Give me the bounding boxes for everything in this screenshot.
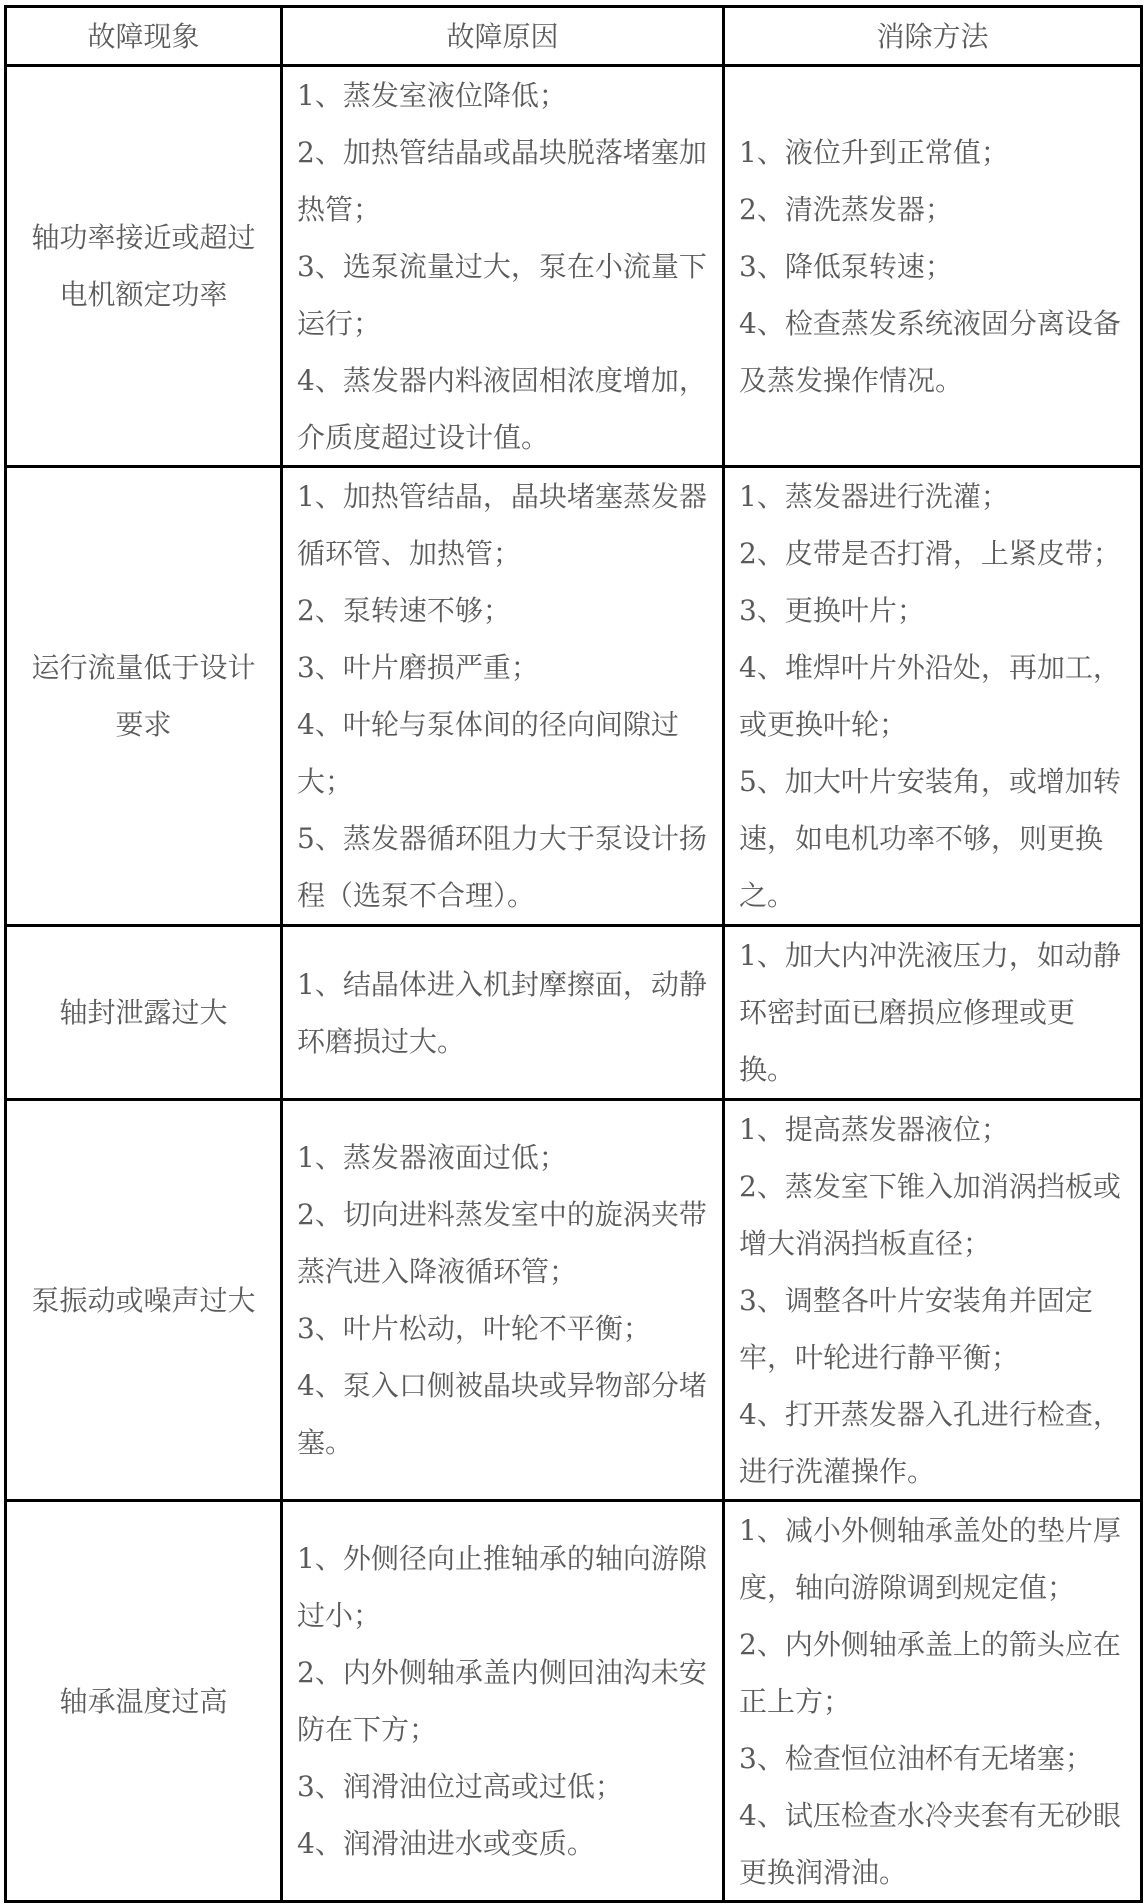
text-line: 3、选泵流量过大，泵在小流量下 [297,238,707,295]
text-line: 3、更换叶片； [739,582,925,639]
header-label: 故障原因 [446,8,558,65]
text-line: 或更换叶轮； [739,696,907,753]
header-cell-symptom: 故障现象 [7,8,280,64]
text-line: 1、液位升到正常值； [739,124,1009,181]
text-line: 4、试压检查水冷夹套有无砂眼 [739,1787,1121,1844]
text-line: 2、内外侧轴承盖内侧回油沟未安 [297,1644,707,1701]
remedy-cell: 1、液位升到正常值； 2、清洗蒸发器； 3、降低泵转速； 4、检查蒸发系统液固分… [725,67,1140,465]
text-line: 电机额定功率 [59,266,227,323]
text-line: 速，如电机功率不够，则更换 [739,810,1103,867]
remedy-cell: 1、蒸发器进行洗灌； 2、皮带是否打滑，上紧皮带； 3、更换叶片； 4、堆焊叶片… [725,468,1140,924]
text-line: 4、泵入口侧被晶块或异物部分堵 [297,1357,707,1414]
text-line: 循环管、加热管； [297,525,521,582]
cause-cell: 1、结晶体进入机封摩擦面，动静 环磨损过大。 [283,927,722,1098]
text-line: 4、打开蒸发器入孔进行检查， [739,1386,1121,1443]
text-line: 3、润滑油位过高或过低； [297,1758,623,1815]
text-line: 蒸汽进入降液循环管； [297,1243,577,1300]
cause-cell: 1、蒸发室液位降低； 2、加热管结晶或晶块脱落堵塞加 热管； 3、选泵流量过大，… [283,67,722,465]
text-line: 4、堆焊叶片外沿处，再加工， [739,639,1121,696]
text-line: 2、切向进料蒸发室中的旋涡夹带 [297,1186,707,1243]
cause-cell: 1、外侧径向止推轴承的轴向游隙 过小； 2、内外侧轴承盖内侧回油沟未安 防在下方… [283,1502,722,1900]
text-line: 及蒸发操作情况。 [739,352,963,409]
text-line: 4、叶轮与泵体间的径向间隙过 [297,696,679,753]
text-line: 更换润滑油。 [739,1844,907,1901]
text-line: 3、叶片磨损严重； [297,639,539,696]
text-line: 1、外侧径向止推轴承的轴向游隙 [297,1530,707,1587]
remedy-cell: 1、减小外侧轴承盖处的垫片厚 度，轴向游隙调到规定值； 2、内外侧轴承盖上的箭头… [725,1502,1140,1900]
text-line: 轴封泄露过大 [59,984,227,1041]
text-line: 换。 [739,1041,795,1098]
symptom-cell: 运行流量低于设计 要求 [7,468,280,924]
text-line: 2、加热管结晶或晶块脱落堵塞加 [297,124,707,181]
text-line: 2、清洗蒸发器； [739,181,953,238]
text-line: 之。 [739,867,795,924]
text-line: 进行洗灌操作。 [739,1443,935,1500]
text-line: 3、调整各叶片安装角并固定 [739,1272,1093,1329]
text-line: 轴承温度过高 [59,1673,227,1730]
text-line: 4、蒸发器内料液固相浓度增加， [297,352,707,409]
text-line: 4、润滑油进水或变质。 [297,1815,595,1872]
text-line: 增大消涡挡板直径； [739,1215,991,1272]
symptom-cell: 泵振动或噪声过大 [7,1101,280,1499]
text-line: 2、内外侧轴承盖上的箭头应在 [739,1616,1121,1673]
text-line: 2、皮带是否打滑，上紧皮带； [739,525,1121,582]
text-line: 1、蒸发器液面过低； [297,1129,567,1186]
symptom-cell: 轴功率接近或超过 电机额定功率 [7,67,280,465]
text-line: 环磨损过大。 [297,1013,465,1070]
text-line: 大； [297,753,353,810]
cause-cell: 1、加热管结晶，晶块堵塞蒸发器 循环管、加热管； 2、泵转速不够； 3、叶片磨损… [283,468,722,924]
text-line: 程（选泵不合理）。 [297,867,535,924]
text-line: 1、提高蒸发器液位； [739,1101,1009,1158]
remedy-cell: 1、加大内冲洗液压力，如动静 环密封面已磨损应修理或更 换。 [725,927,1140,1098]
text-line: 正上方； [739,1673,851,1730]
text-line: 1、结晶体进入机封摩擦面，动静 [297,956,707,1013]
text-line: 防在下方； [297,1701,437,1758]
text-line: 2、蒸发室下锥入加消涡挡板或 [739,1158,1121,1215]
text-line: 运行； [297,295,381,352]
header-cell-remedy: 消除方法 [725,8,1140,64]
remedy-cell: 1、提高蒸发器液位； 2、蒸发室下锥入加消涡挡板或 增大消涡挡板直径； 3、调整… [725,1101,1140,1499]
text-line: 5、加大叶片安装角，或增加转 [739,753,1121,810]
fault-table: 故障现象 故障原因 消除方法 轴功率接近或超过 电机额定功率 1、蒸发室液位降低… [4,5,1143,1903]
text-line: 轴功率接近或超过 [31,209,255,266]
cause-cell: 1、蒸发器液面过低； 2、切向进料蒸发室中的旋涡夹带 蒸汽进入降液循环管； 3、… [283,1101,722,1499]
text-line: 泵振动或噪声过大 [31,1272,255,1329]
text-line: 1、减小外侧轴承盖处的垫片厚 [739,1502,1121,1559]
header-cell-cause: 故障原因 [283,8,722,64]
header-label: 消除方法 [876,8,988,65]
text-line: 牢，叶轮进行静平衡； [739,1329,1019,1386]
text-line: 1、蒸发室液位降低； [297,67,567,124]
text-line: 5、蒸发器循环阻力大于泵设计扬 [297,810,707,867]
text-line: 过小； [297,1587,381,1644]
text-line: 2、泵转速不够； [297,582,511,639]
text-line: 1、加热管结晶，晶块堵塞蒸发器 [297,468,707,525]
text-line: 3、降低泵转速； [739,238,953,295]
text-line: 热管； [297,181,381,238]
symptom-cell: 轴承温度过高 [7,1502,280,1900]
text-line: 1、加大内冲洗液压力，如动静 [739,927,1121,984]
text-line: 塞。 [297,1414,353,1471]
text-line: 4、检查蒸发系统液固分离设备 [739,295,1121,352]
header-label: 故障现象 [87,8,199,65]
text-line: 运行流量低于设计 [31,639,255,696]
text-line: 环密封面已磨损应修理或更 [739,984,1075,1041]
text-line: 3、叶片松动，叶轮不平衡； [297,1300,651,1357]
text-line: 3、检查恒位油杯有无堵塞； [739,1730,1093,1787]
symptom-cell: 轴封泄露过大 [7,927,280,1098]
text-line: 介质度超过设计值。 [297,409,549,466]
text-line: 1、蒸发器进行洗灌； [739,468,1009,525]
text-line: 度，轴向游隙调到规定值； [739,1559,1075,1616]
text-line: 要求 [115,696,171,753]
